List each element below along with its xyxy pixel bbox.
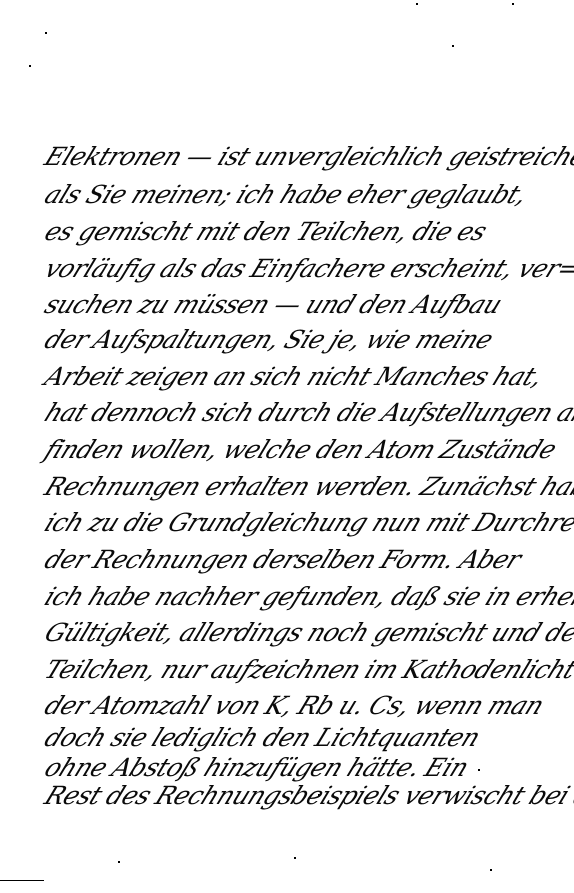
paper-speck	[45, 32, 47, 34]
document-page: Elektronen — ist unvergleichlich geistre…	[0, 0, 574, 893]
handwritten-line: Teilchen, nur aufzeichnen im Kathodenlic…	[38, 650, 574, 690]
handwritten-line: ich habe nachher gefunden, daß sie in er…	[38, 577, 574, 617]
paper-speck	[416, 3, 418, 5]
handwritten-line: ich zu die Grundgleichung nun mit Durchr…	[38, 503, 574, 543]
handwritten-line: der Aufspaltungen, Sie je, wie meine	[38, 320, 574, 360]
paper-speck	[490, 869, 492, 871]
handwritten-line: Elektronen — ist unvergleichlich geistre…	[38, 137, 574, 177]
handwritten-line: es gemischt mit den Teilchen, die es	[38, 212, 574, 252]
handwritten-line: Rechnungen erhalten werden. Zunächst hab…	[38, 467, 574, 507]
paper-speck	[118, 861, 120, 863]
paper-speck	[512, 3, 514, 5]
handwritten-line: suchen zu müssen — und den Aufbau	[38, 285, 574, 325]
bottom-edge-mark	[0, 880, 44, 881]
paper-speck	[452, 45, 454, 47]
handwritten-line: Rest des Rechnungsbeispiels verwischt be…	[38, 776, 574, 816]
handwritten-line: Gültigkeit, allerdings noch gemischt und…	[38, 613, 574, 653]
handwritten-line: als Sie meinen; ich habe eher geglaubt,	[38, 175, 574, 215]
paper-speck	[29, 65, 31, 67]
paper-speck	[294, 857, 296, 859]
handwritten-line: hat dennoch sich durch die Aufstellungen…	[38, 393, 574, 433]
handwritten-line: der Rechnungen derselben Form. Aber	[38, 540, 574, 580]
handwritten-line: vorläufig als das Einfachere erscheint, …	[38, 249, 574, 289]
handwritten-line: finden wollen, welche den Atom Zustände	[38, 430, 574, 470]
handwritten-line: Arbeit zeigen an sich nicht Manches hat,	[38, 357, 574, 397]
